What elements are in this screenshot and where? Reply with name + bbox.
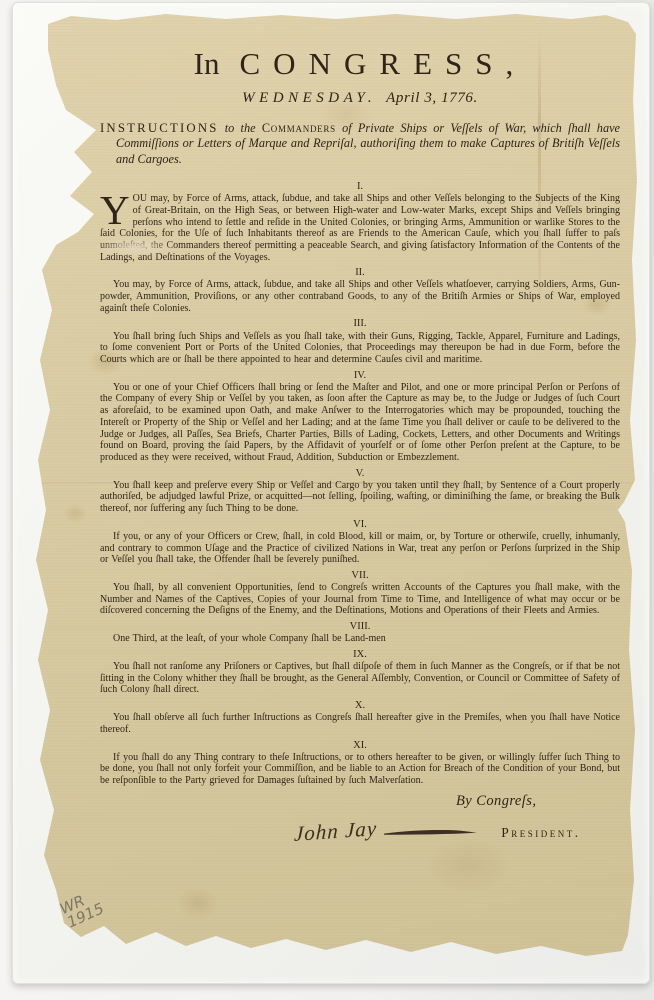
section-paragraph: If you ſhall do any Thing contrary to th… — [100, 752, 620, 787]
by-congress-line: By Congreſs, — [456, 793, 620, 810]
section-paragraph: If you, or any of your Officers or Crew,… — [100, 531, 620, 566]
title-word-in: In — [194, 46, 220, 81]
instructions-to-the: to the — [219, 121, 262, 135]
printed-text-block: InCONGRESS, WEDNESDAY.April 3, 1776. INS… — [100, 48, 620, 844]
section-numeral: IX. — [100, 648, 620, 661]
section-paragraph: You may, by Force of Arms, attack, ſubdu… — [100, 279, 620, 314]
president-label: President. — [501, 825, 580, 844]
document-title: InCONGRESS, — [100, 48, 620, 81]
broadside-paper: InCONGRESS, WEDNESDAY.April 3, 1776. INS… — [26, 10, 640, 960]
section-paragraph: YOU may, by Force of Arms, attack, ſubdu… — [100, 193, 620, 263]
section-paragraph: You ſhall bring ſuch Ships and Veſſels a… — [100, 331, 620, 366]
instructions-heading: INSTRUCTIONS to the Commanders of Privat… — [100, 120, 620, 168]
section-paragraph: One Third, at the leaſt, of your whole C… — [100, 633, 620, 645]
drop-cap: Y — [100, 193, 133, 226]
title-word-congress: CONGRESS, — [239, 46, 526, 81]
section-paragraph: You ſhall obſerve all ſuch further Inſtr… — [100, 712, 620, 735]
section-numeral: VI. — [100, 518, 620, 531]
date-line: WEDNESDAY.April 3, 1776. — [100, 90, 620, 107]
date-text: April 3, 1776. — [386, 90, 478, 106]
sections: I. YOU may, by Force of Arms, attack, ſu… — [100, 180, 620, 787]
section-paragraph: You ſhall keep and preſerve every Ship o… — [100, 480, 620, 515]
section-numeral: XI. — [100, 739, 620, 752]
section-paragraph: You ſhall, by all convenient Opportuniti… — [100, 582, 620, 617]
section-numeral: VIII. — [100, 620, 620, 633]
signature-row: John Jay President. — [294, 819, 620, 844]
section-numeral: II. — [100, 266, 620, 279]
instructions-word: INSTRUCTIONS — [100, 121, 219, 135]
section-numeral: I. — [100, 180, 620, 193]
weekday-text: WEDNESDAY. — [242, 90, 376, 106]
section-numeral: X. — [100, 699, 620, 712]
instructions-commanders: Commanders — [262, 121, 336, 135]
section-numeral: VII. — [100, 569, 620, 582]
section-numeral: V. — [100, 467, 620, 480]
paper-wear-spot — [94, 237, 176, 257]
john-jay-signature: John Jay — [294, 816, 378, 847]
section-paragraph: You or one of your Chief Officers ſhall … — [100, 382, 620, 464]
section-paragraph: You ſhall not ranſome any Priſoners or C… — [100, 661, 620, 696]
signature-flourish — [383, 827, 479, 837]
section-numeral: IV. — [100, 369, 620, 382]
section-numeral: III. — [100, 317, 620, 330]
